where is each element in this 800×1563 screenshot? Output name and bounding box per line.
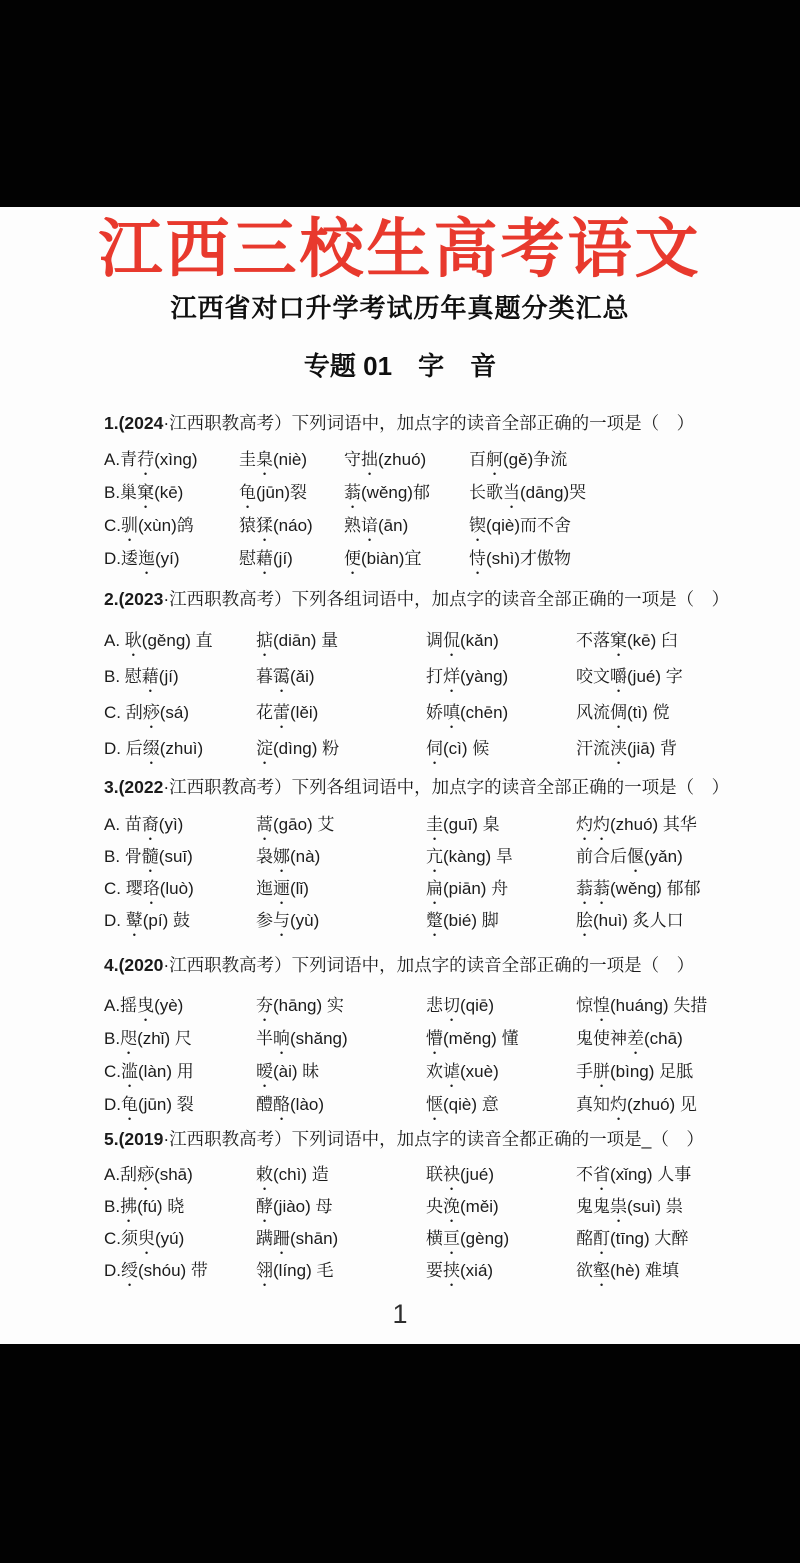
dotted-char: 蕾 [273,703,290,722]
dotted-char: 壑 [593,1261,610,1280]
dotted-char: 跚 [273,1229,290,1248]
question-stem-text: ·江西职教高考）下列各组词语中，加点字的读音全部正确的一项是（ ） [163,777,729,797]
option-cell: B. 骨髓(suī) [104,841,256,876]
dotted-char: 淀 [256,739,273,758]
letterbox-bottom [0,1344,800,1563]
option-cell: 调侃(kǎn) [426,623,576,660]
option-row-C: C. 刮痧(sá)花蕾(lěi)娇嗔(chēn)风流倜(tì) 傥 [104,695,740,731]
option-rows: A. 耿(gěng) 直掂(diān) 量调侃(kǎn)不落窠(kē) 臼B. … [104,623,740,767]
question-stem: 1.(2024·江西职教高考）下列词语中，加点字的读音全部正确的一项是（ ） [104,411,740,435]
option-cell: 守拙(zhuó) [344,443,469,479]
option-row-B: B.拂(fú) 晓酵(jiào) 母央浼(měi)鬼鬼祟(suì) 祟 [104,1191,740,1223]
letterbox-top [0,0,800,207]
option-cell: 灼灼(zhuó) 其华 [576,809,740,844]
dotted-char: 暧 [256,1062,273,1081]
option-cell: 酵(jiào) 母 [256,1191,426,1226]
option-row-A: A. 耿(gěng) 直掂(diān) 量调侃(kǎn)不落窠(kē) 臼 [104,623,740,659]
dotted-char: 灼灼 [576,815,610,834]
option-cell: D. 鼙(pí) 鼓 [104,905,256,940]
option-cell: 酩酊(tīng) 大醉 [576,1223,740,1258]
option-cell: 娇嗔(chēn) [426,695,576,732]
questions: 1.(2024·江西职教高考）下列词语中，加点字的读音全部正确的一项是（ ） A… [0,383,800,1287]
question-1: 1.(2024·江西职教高考）下列词语中，加点字的读音全部正确的一项是（ ） A… [104,411,740,575]
option-cell: 要挟(xiá) [426,1255,576,1290]
option-cell: 鬼鬼祟(suì) 祟 [576,1191,740,1226]
dotted-char: 酪 [273,1095,290,1114]
dotted-char: 霭 [273,667,290,686]
option-cell: 花蕾(lěi) [256,695,426,732]
option-row-B: B. 慰藉(jí)暮霭(ǎi)打烊(yàng)咬文嚼(jué) 字 [104,659,740,695]
dotted-char: 酊 [593,1229,610,1248]
option-cell: 前合后偃(yǎn) [576,841,740,876]
dotted-char: 痧 [143,703,160,722]
dotted-char: 便 [344,549,361,568]
option-row-D: D.龟(jūn) 裂醴酪(lào)惬(qiè) 意真知灼(zhuó) 见 [104,1088,740,1121]
option-cell: 圭臬(niè) [239,443,344,479]
dotted-char: 臾 [138,1229,155,1248]
option-cell: 伺(cì) 候 [426,731,576,768]
question-stem-text: ·江西职教高考）下列词语中，加点字的读音全部正确的一项是（ ） [163,955,694,975]
option-cell: D. 后缀(zhuì) [104,731,256,768]
option-cell: 半晌(shǎng) [256,1022,426,1058]
option-cell: 袅娜(nà) [256,841,426,876]
dotted-char: 龟 [121,1095,138,1114]
dotted-char: 髓 [142,847,159,866]
question-4: 4.(2020·江西职教高考）下列词语中，加点字的读音全部正确的一项是（ ） A… [104,953,740,1121]
dotted-char: 省 [593,1165,610,1184]
document-page: 江西三校生高考语文 江西省对口升学考试历年真题分类汇总 专题 01 字 音 1.… [0,207,800,1344]
question-2: 2.(2023·江西职教高考）下列各组词语中，加点字的读音全部正确的一项是（ ）… [104,587,740,767]
option-cell: 打烊(yàng) [426,659,576,696]
option-row-D: D. 后缀(zhuì)淀(dìng) 粉伺(cì) 候汗流浃(jiā) 背 [104,731,740,767]
dotted-char: 痧 [137,1165,154,1184]
dotted-char: 挟 [443,1261,460,1280]
dotted-char: 龟 [239,483,256,502]
dotted-char: 舸 [486,450,503,469]
option-cell: 迤逦(lǐ) [256,873,426,908]
option-cell: 便(biàn)宜 [344,542,469,578]
question-stem: 5.(2019·江西职教高考）下列词语中，加点字的读音全都正确的一项是_（ ） [104,1127,740,1151]
option-cell: 锲(qiè)而不舍 [469,509,740,545]
option-cell: C. 璎珞(luò) [104,873,256,908]
option-cell: 悲切(qiē) [426,989,576,1025]
option-cell: B.巢窠(kē) [104,476,239,512]
option-row-C: C. 璎珞(luò)迤逦(lǐ)扁(piān) 舟蓊蓊(wěng) 郁郁 [104,873,740,905]
dotted-char: 猱 [256,516,273,535]
option-cell: 敕(chì) 造 [256,1159,426,1194]
dotted-char: 灼 [610,1095,627,1114]
dotted-char: 拙 [361,450,378,469]
question-stem: 4.(2020·江西职教高考）下列词语中，加点字的读音全部正确的一项是（ ） [104,953,740,977]
option-cell: 暮霭(ǎi) [256,659,426,696]
option-cell: 熟谙(ān) [344,509,469,545]
option-cell: 鬼使神差(chā) [576,1022,740,1058]
dotted-char: 绶 [121,1261,138,1280]
section-title: 专题 01 字 音 [0,346,800,383]
option-cell: D.绶(shóu) 带 [104,1255,256,1290]
dotted-char: 荇 [137,450,154,469]
dotted-char: 倜 [610,703,627,722]
page-number: 1 [0,1299,800,1330]
question-number-year: 2.(2023 [104,589,163,609]
dotted-char: 惶 [593,996,610,1015]
option-cell: 圭(guī) 臬 [426,809,576,844]
dotted-char: 滥 [121,1062,138,1081]
option-row-A: A.青荇(xìng)圭臬(niè)守拙(zhuó)百舸(gě)争流 [104,443,740,476]
dotted-char: 咫 [120,1029,137,1048]
dotted-char: 拂 [120,1197,137,1216]
option-cell: 蓊蓊(wěng) 郁郁 [576,873,740,908]
question-number-year: 5.(2019 [104,1129,163,1149]
dotted-char: 惬 [426,1095,443,1114]
dotted-char: 珞 [143,879,160,898]
dotted-char: 耿 [125,631,142,650]
dotted-char: 鼙 [126,911,143,930]
dotted-char: 伺 [426,739,443,758]
dotted-char: 恃 [469,549,486,568]
dotted-char: 亘 [443,1229,460,1248]
dotted-char: 切 [443,996,460,1015]
question-number-year: 3.(2022 [104,777,163,797]
option-cell: 醴酪(lào) [256,1088,426,1124]
dotted-char: 当 [503,483,520,502]
option-cell: 欲壑(hè) 难填 [576,1255,740,1290]
dotted-char: 偃 [627,847,644,866]
dotted-char: 脍 [576,911,593,930]
option-cell: 风流倜(tì) 傥 [576,695,740,732]
option-cell: C.驯(xùn)鸽 [104,509,239,545]
option-cell: 长歌当(dāng)哭 [469,476,740,512]
option-cell: 掂(diān) 量 [256,623,426,660]
option-cell: 暧(ài) 昧 [256,1055,426,1091]
dotted-char: 夯 [256,996,273,1015]
option-row-C: C.须臾(yú)蹒跚(shān)横亘(gèng)酩酊(tīng) 大醉 [104,1223,740,1255]
dotted-char: 蒿 [256,815,273,834]
question-stem-text: ·江西职教高考）下列各组词语中，加点字的读音全部正确的一项是（ ） [163,589,729,609]
document-subtitle: 江西省对口升学考试历年真题分类汇总 [0,288,800,325]
option-cell: 蓊(wěng)郁 [344,476,469,512]
dotted-char: 藉 [142,667,159,686]
option-cell: 夯(hāng) 实 [256,989,426,1025]
option-row-A: A. 苗裔(yì)蒿(gāo) 艾圭(guī) 臬灼灼(zhuó) 其华 [104,809,740,841]
dotted-char: 懵 [426,1029,443,1048]
dotted-char: 谙 [361,516,378,535]
option-cell: 慰藉(jí) [239,542,344,578]
dotted-char: 袂 [443,1165,460,1184]
option-cell: 百舸(gě)争流 [469,443,740,479]
option-cell: 蹒跚(shān) [256,1223,426,1258]
dotted-char: 嚼 [610,667,627,686]
option-cell: B.拂(fú) 晓 [104,1191,256,1226]
option-rows: A.摇曳(yè)夯(hāng) 实悲切(qiē)惊惶(huáng) 失措B.咫(… [104,989,740,1121]
option-cell: B.咫(zhǐ) 尺 [104,1022,256,1058]
option-row-B: B. 骨髓(suī)袅娜(nà)亢(kàng) 旱前合后偃(yǎn) [104,841,740,873]
dotted-char: 与 [273,911,290,930]
dotted-char: 嗔 [443,703,460,722]
dotted-char: 差 [627,1029,644,1048]
option-cell: 翎(líng) 毛 [256,1255,426,1290]
option-row-D: D.逶迤(yí)慰藉(jí)便(biàn)宜恃(shì)才傲物 [104,542,740,575]
question-stem: 2.(2023·江西职教高考）下列各组词语中，加点字的读音全部正确的一项是（ ） [104,587,740,611]
option-rows: A.刮痧(shā)敕(chì) 造联袂(jué)不省(xǐng) 人事B.拂(f… [104,1159,740,1287]
question-number-year: 1.(2024 [104,413,163,433]
option-cell: 恃(shì)才傲物 [469,542,740,578]
option-cell: C. 刮痧(sá) [104,695,256,732]
option-row-B: B.巢窠(kē)龟(jūn)裂蓊(wěng)郁长歌当(dāng)哭 [104,476,740,509]
option-cell: 欢谑(xuè) [426,1055,576,1091]
question-stem-text: ·江西职教高考）下列词语中，加点字的读音全都正确的一项是_（ ） [163,1129,704,1149]
option-cell: 懵(měng) 懂 [426,1022,576,1058]
dotted-char: 驯 [121,516,138,535]
option-cell: 真知灼(zhuó) 见 [576,1088,740,1124]
option-row-A: A.刮痧(shā)敕(chì) 造联袂(jué)不省(xǐng) 人事 [104,1159,740,1191]
dotted-char: 浃 [610,739,627,758]
option-cell: A.刮痧(shā) [104,1159,256,1194]
option-cell: 参与(yù) [256,905,426,940]
dotted-char: 藉 [256,549,273,568]
option-cell: 蹩(bié) 脚 [426,905,576,940]
option-cell: 央浼(měi) [426,1191,576,1226]
dotted-char: 翎 [256,1261,273,1280]
dotted-char: 胼 [593,1062,610,1081]
question-stem: 3.(2022·江西职教高考）下列各组词语中，加点字的读音全部正确的一项是（ ） [104,775,740,799]
option-cell: 龟(jūn)裂 [239,476,344,512]
option-rows: A. 苗裔(yì)蒿(gāo) 艾圭(guī) 臬灼灼(zhuó) 其华B. 骨… [104,809,740,937]
dotted-char: 窠 [610,631,627,650]
dotted-char: 缀 [143,739,160,758]
option-cell: 蒿(gāo) 艾 [256,809,426,844]
question-stem-text: ·江西职教高考）下列词语中，加点字的读音全部正确的一项是（ ） [163,413,694,433]
option-cell: B. 慰藉(jí) [104,659,256,696]
dotted-char: 蹩 [426,911,443,930]
dotted-char: 锲 [469,516,486,535]
dotted-char: 扁 [426,879,443,898]
dotted-char: 臬 [256,450,273,469]
question-number-year: 4.(2020 [104,955,163,975]
dotted-char: 祟 [610,1197,627,1216]
option-row-D: D. 鼙(pí) 鼓参与(yù)蹩(bié) 脚脍(huì) 炙人口 [104,905,740,937]
option-row-D: D.绶(shóu) 带翎(líng) 毛要挟(xiá)欲壑(hè) 难填 [104,1255,740,1287]
question-5: 5.(2019·江西职教高考）下列词语中，加点字的读音全都正确的一项是_（ ） … [104,1127,740,1287]
option-cell: C.须臾(yú) [104,1223,256,1258]
dotted-char: 迤 [138,549,155,568]
dotted-char: 浼 [443,1197,460,1216]
screenshot-root: 江西三校生高考语文 江西省对口升学考试历年真题分类汇总 专题 01 字 音 1.… [0,0,800,1563]
dotted-char: 蓊蓊 [576,879,610,898]
dotted-char: 烊 [443,667,460,686]
question-3: 3.(2022·江西职教高考）下列各组词语中，加点字的读音全部正确的一项是（ ）… [104,775,740,937]
dotted-char: 曳 [137,996,154,1015]
option-rows: A.青荇(xìng)圭臬(niè)守拙(zhuó)百舸(gě)争流B.巢窠(kē… [104,443,740,575]
option-cell: D.逶迤(yí) [104,542,239,578]
option-cell: 手胼(bìng) 足胝 [576,1055,740,1091]
dotted-char: 娜 [273,847,290,866]
dotted-char: 蓊 [344,483,361,502]
option-cell: A.青荇(xìng) [104,443,239,479]
dotted-char: 亢 [426,847,443,866]
option-cell: 亢(kàng) 旱 [426,841,576,876]
dotted-char: 圭 [426,815,443,834]
option-row-A: A.摇曳(yè)夯(hāng) 实悲切(qiē)惊惶(huáng) 失措 [104,989,740,1022]
dotted-char: 裔 [142,815,159,834]
option-row-C: C.滥(làn) 用暧(ài) 昧欢谑(xuè)手胼(bìng) 足胝 [104,1055,740,1088]
option-row-C: C.驯(xùn)鸽猿猱(náo)熟谙(ān)锲(qiè)而不舍 [104,509,740,542]
option-row-B: B.咫(zhǐ) 尺半晌(shǎng)懵(měng) 懂鬼使神差(chā) [104,1022,740,1055]
option-cell: 扁(piān) 舟 [426,873,576,908]
dotted-char: 窠 [137,483,154,502]
option-cell: A. 苗裔(yì) [104,809,256,844]
option-cell: 咬文嚼(jué) 字 [576,659,740,696]
option-cell: 汗流浃(jiā) 背 [576,731,740,768]
dotted-char: 敕 [256,1165,273,1184]
dotted-char: 逦 [273,879,290,898]
option-cell: 猿猱(náo) [239,509,344,545]
option-cell: D.龟(jūn) 裂 [104,1088,256,1124]
option-cell: 惬(qiè) 意 [426,1088,576,1124]
option-cell: 淀(dìng) 粉 [256,731,426,768]
option-cell: 不落窠(kē) 臼 [576,623,740,660]
dotted-char: 晌 [273,1029,290,1048]
dotted-char: 谑 [443,1062,460,1081]
dotted-char: 侃 [443,631,460,650]
option-cell: 不省(xǐng) 人事 [576,1159,740,1194]
option-cell: A.摇曳(yè) [104,989,256,1025]
option-cell: C.滥(làn) 用 [104,1055,256,1091]
option-cell: 横亘(gèng) [426,1223,576,1258]
option-cell: 惊惶(huáng) 失措 [576,989,740,1025]
option-cell: 联袂(jué) [426,1159,576,1194]
option-cell: A. 耿(gěng) 直 [104,623,256,660]
option-cell: 脍(huì) 炙人口 [576,905,740,940]
document-title: 江西三校生高考语文 [0,213,800,287]
dotted-char: 掂 [256,631,273,650]
dotted-char: 酵 [256,1197,273,1216]
